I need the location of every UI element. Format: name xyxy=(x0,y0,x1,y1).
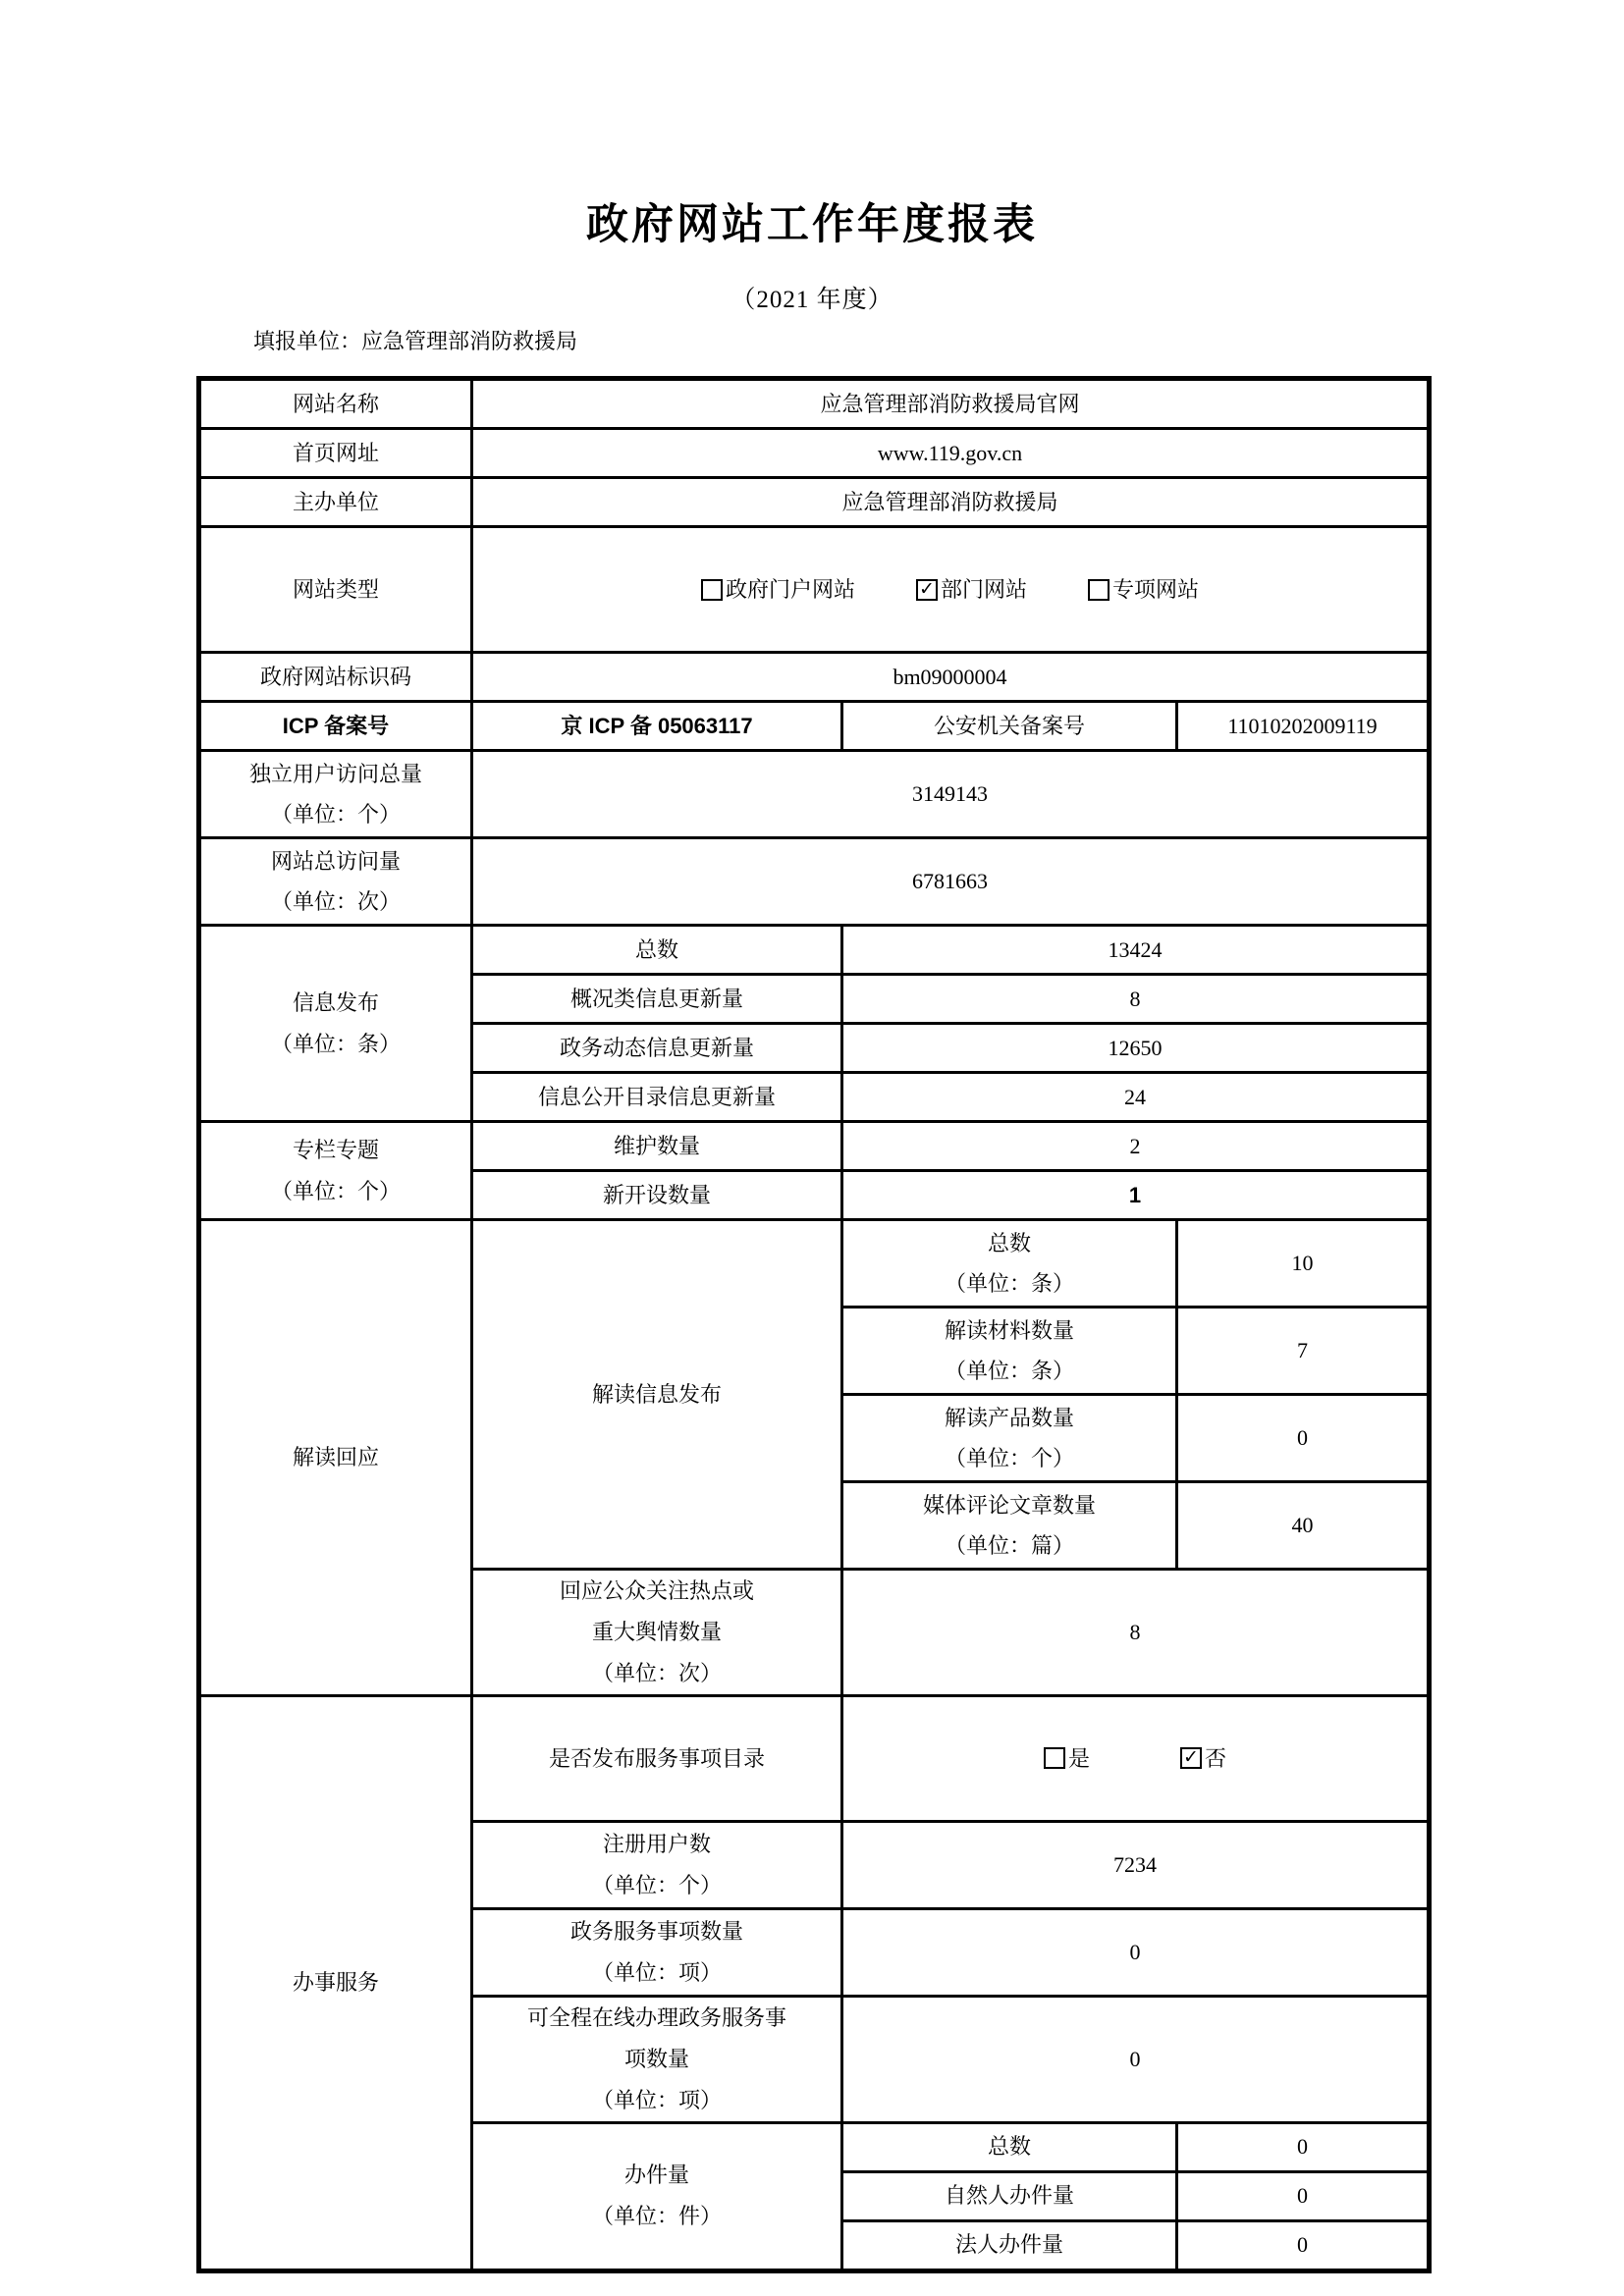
site-type-option-special: 专项网站 xyxy=(1088,569,1199,611)
unique-visitors-label: 独立用户访问总量 （单位：个） xyxy=(199,751,472,838)
online-items-value: 0 xyxy=(842,1997,1430,2122)
cases-natural-label: 自然人办件量 xyxy=(842,2171,1177,2220)
total-visits-label: 网站总访问量 （单位：次） xyxy=(199,838,472,926)
online-items-label: 可全程在线办理政务服务事 项数量 （单位：项） xyxy=(472,1997,842,2122)
site-type-option-special-label: 专项网站 xyxy=(1112,569,1199,611)
document-page: 政府网站工作年度报表 （2021 年度） 填报单位：应急管理部消防救援局 网站名… xyxy=(0,0,1624,2296)
row-sponsor: 主办单位 应急管理部消防救援局 xyxy=(199,478,1430,527)
icp-value: 京 ICP 备 05063117 xyxy=(472,702,842,751)
page-title: 政府网站工作年度报表 xyxy=(0,202,1624,248)
info-publish-total-label: 总数 xyxy=(472,926,842,975)
hot-response-value: 8 xyxy=(842,1570,1430,1695)
interpret-materials-value: 7 xyxy=(1177,1308,1430,1395)
police-record-label: 公安机关备案号 xyxy=(842,702,1177,751)
interpret-products-value: 0 xyxy=(1177,1395,1430,1482)
hot-response-label: 回应公众关注热点或 重大舆情数量 （单位：次） xyxy=(472,1570,842,1695)
info-publish-catalog-value: 24 xyxy=(842,1073,1430,1122)
interpret-media-label: 媒体评论文章数量 （单位：篇） xyxy=(842,1482,1177,1570)
home-url-value: www.119.gov.cn xyxy=(472,429,1430,478)
interpret-total-label: 总数 （单位：条） xyxy=(842,1220,1177,1308)
row-interpret-total: 解读回应 解读信息发布 总数 （单位：条） 10 xyxy=(199,1220,1430,1308)
info-publish-catalog-label: 信息公开目录信息更新量 xyxy=(472,1073,842,1122)
icp-label: ICP 备案号 xyxy=(199,702,472,751)
row-site-id: 政府网站标识码 bm09000004 xyxy=(199,653,1430,702)
checkbox-yes-icon xyxy=(1044,1747,1065,1769)
info-publish-dynamic-value: 12650 xyxy=(842,1024,1430,1073)
interpret-products-label: 解读产品数量 （单位：个） xyxy=(842,1395,1177,1482)
site-type-option-portal-label: 政府门户网站 xyxy=(726,569,855,611)
interpret-publish-label: 解读信息发布 xyxy=(472,1220,842,1570)
checkbox-no-icon: ✓ xyxy=(1180,1747,1202,1769)
interpret-materials-label: 解读材料数量 （单位：条） xyxy=(842,1308,1177,1395)
service-items-value: 0 xyxy=(842,1909,1430,1997)
site-type-option-department-label: 部门网站 xyxy=(941,569,1027,611)
row-service-catalog: 办事服务 是否发布服务事项目录 是 ✓否 xyxy=(199,1695,1430,1821)
cases-total-label: 总数 xyxy=(842,2122,1177,2171)
cases-legal-value: 0 xyxy=(1177,2220,1430,2270)
row-site-name: 网站名称 应急管理部消防救援局官网 xyxy=(199,379,1430,429)
topics-maintained-label: 维护数量 xyxy=(472,1122,842,1171)
service-catalog-no-label: 否 xyxy=(1205,1738,1226,1780)
row-topics-maintained: 专栏专题 （单位：个） 维护数量 2 xyxy=(199,1122,1430,1171)
row-home-url: 首页网址 www.119.gov.cn xyxy=(199,429,1430,478)
service-items-label: 政务服务事项数量 （单位：项） xyxy=(472,1909,842,1997)
registered-users-label: 注册用户数 （单位：个） xyxy=(472,1822,842,1909)
home-url-label: 首页网址 xyxy=(199,429,472,478)
reporting-unit-line: 填报单位：应急管理部消防救援局 xyxy=(253,325,577,355)
info-publish-overview-label: 概况类信息更新量 xyxy=(472,975,842,1024)
site-name-label: 网站名称 xyxy=(199,379,472,429)
cases-legal-label: 法人办件量 xyxy=(842,2220,1177,2270)
service-catalog-option-no: ✓否 xyxy=(1180,1738,1226,1780)
interpret-media-value: 40 xyxy=(1177,1482,1430,1570)
services-group-label: 办事服务 xyxy=(199,1695,472,2270)
topics-maintained-value: 2 xyxy=(842,1122,1430,1171)
topics-group-label: 专栏专题 （单位：个） xyxy=(199,1122,472,1220)
service-catalog-options: 是 ✓否 xyxy=(842,1695,1430,1821)
service-catalog-yes-label: 是 xyxy=(1068,1738,1090,1780)
site-type-options: 政府门户网站 ✓部门网站 专项网站 xyxy=(472,527,1430,653)
cases-natural-value: 0 xyxy=(1177,2171,1430,2220)
page-subtitle: （2021 年度） xyxy=(0,280,1624,315)
row-unique-visitors: 独立用户访问总量 （单位：个） 3149143 xyxy=(199,751,1430,838)
annual-report-table: 网站名称 应急管理部消防救援局官网 首页网址 www.119.gov.cn 主办… xyxy=(196,376,1432,2273)
service-catalog-label: 是否发布服务事项目录 xyxy=(472,1695,842,1821)
cases-group-label: 办件量 （单位：件） xyxy=(472,2122,842,2270)
checkbox-special-icon xyxy=(1088,579,1110,601)
site-type-label: 网站类型 xyxy=(199,527,472,653)
info-publish-dynamic-label: 政务动态信息更新量 xyxy=(472,1024,842,1073)
row-icp: ICP 备案号 京 ICP 备 05063117 公安机关备案号 1101020… xyxy=(199,702,1430,751)
topics-new-label: 新开设数量 xyxy=(472,1171,842,1220)
interpret-response-group-label: 解读回应 xyxy=(199,1220,472,1695)
sponsor-label: 主办单位 xyxy=(199,478,472,527)
site-id-value: bm09000004 xyxy=(472,653,1430,702)
cases-total-value: 0 xyxy=(1177,2122,1430,2171)
checkbox-portal-icon xyxy=(701,579,723,601)
site-name-value: 应急管理部消防救援局官网 xyxy=(472,379,1430,429)
interpret-total-value: 10 xyxy=(1177,1220,1430,1308)
site-type-option-portal: 政府门户网站 xyxy=(701,569,855,611)
site-type-option-department: ✓部门网站 xyxy=(916,569,1027,611)
registered-users-value: 7234 xyxy=(842,1822,1430,1909)
info-publish-total-value: 13424 xyxy=(842,926,1430,975)
topics-new-value: 1 xyxy=(842,1171,1430,1220)
row-info-publish-total: 信息发布 （单位：条） 总数 13424 xyxy=(199,926,1430,975)
sponsor-value: 应急管理部消防救援局 xyxy=(472,478,1430,527)
total-visits-value: 6781663 xyxy=(472,838,1430,926)
site-id-label: 政府网站标识码 xyxy=(199,653,472,702)
checkbox-department-icon: ✓ xyxy=(916,579,938,601)
row-total-visits: 网站总访问量 （单位：次） 6781663 xyxy=(199,838,1430,926)
police-record-value: 11010202009119 xyxy=(1177,702,1430,751)
info-publish-overview-value: 8 xyxy=(842,975,1430,1024)
row-site-type: 网站类型 政府门户网站 ✓部门网站 专项网站 xyxy=(199,527,1430,653)
service-catalog-option-yes: 是 xyxy=(1044,1738,1090,1780)
info-publish-group-label: 信息发布 （单位：条） xyxy=(199,926,472,1122)
unique-visitors-value: 3149143 xyxy=(472,751,1430,838)
